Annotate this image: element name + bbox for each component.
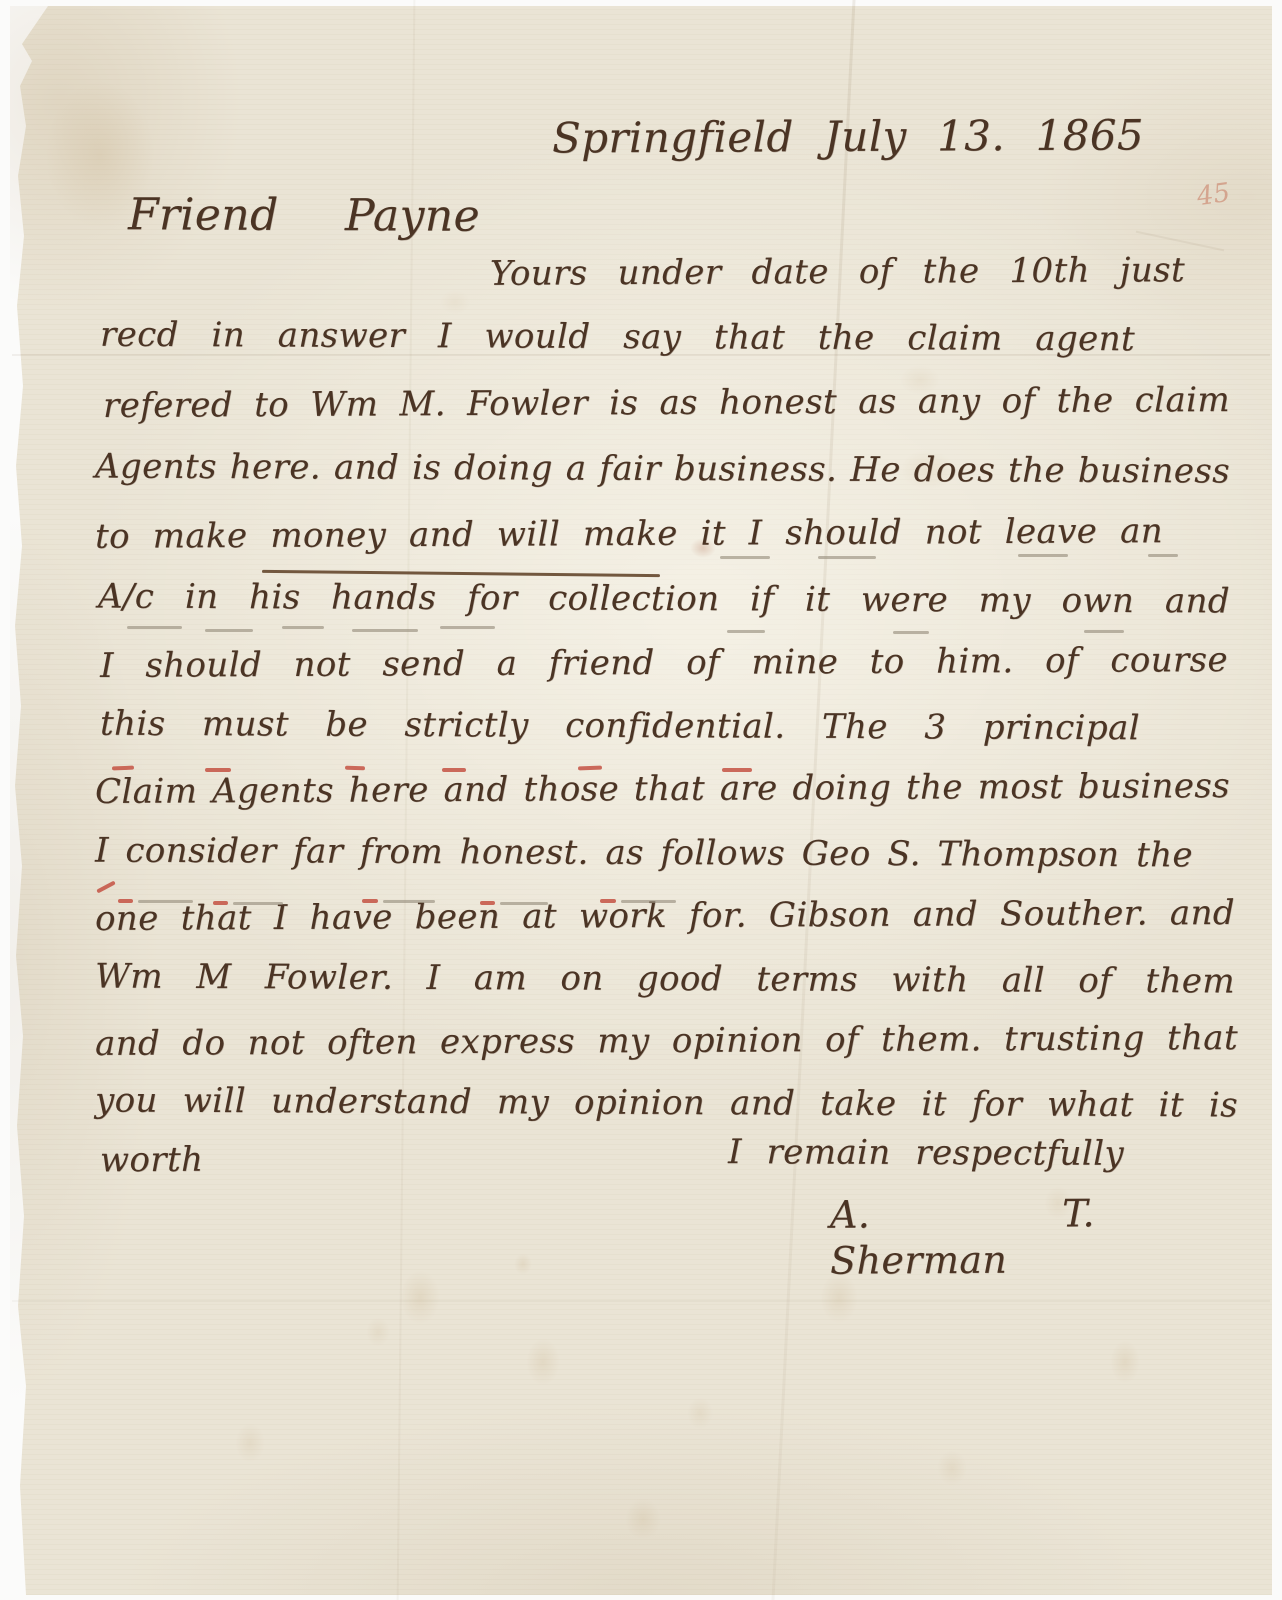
letter-line: and do not often express my opinion of t… — [95, 1018, 1238, 1065]
letter-line: I consider far from honest. as follows G… — [95, 831, 1193, 877]
pencil-underline — [1018, 554, 1068, 557]
letter-line: refered to Wm M. Fowler is as honest as … — [103, 380, 1230, 427]
salutation: Friend Payne — [128, 189, 480, 243]
pencil-underline — [138, 900, 193, 903]
red-underline-mark — [112, 766, 134, 771]
letter-line: Wm M Fowler. I am on good terms with all… — [95, 957, 1235, 1003]
red-underline-mark — [578, 766, 602, 771]
pencil-underline — [621, 900, 676, 903]
red-underline-mark — [362, 899, 378, 903]
pencil-underline — [383, 900, 435, 903]
pencil-underline — [500, 902, 548, 905]
letter-line: Yours under date of the 10th just — [490, 250, 1185, 294]
red-underline-mark — [442, 768, 466, 772]
red-underline-mark — [480, 901, 495, 905]
closing: I remain respectfully — [728, 1132, 1124, 1175]
letter-line: recd in answer I would say that the clai… — [100, 315, 1135, 360]
letter-line: Agents here. and is doing a fair busines… — [95, 447, 1230, 493]
red-underline-mark — [345, 766, 365, 771]
red-underline-mark — [213, 901, 228, 905]
red-underline-mark — [118, 899, 133, 903]
pencil-underline — [440, 626, 495, 629]
pencil-underline — [352, 629, 418, 632]
letter-line: A/c in his hands for collection if it we… — [98, 577, 1230, 623]
pencil-underline — [127, 626, 182, 629]
pencil-underline — [727, 630, 765, 633]
pencil-underline — [282, 626, 324, 629]
letter-line: Claim Agents here and those that are doi… — [95, 766, 1230, 813]
letter-line: you will understand my opinion and take … — [95, 1081, 1238, 1127]
letter-scan: Springfield July 13. 1865 Friend Payne Y… — [0, 0, 1282, 1600]
pencil-underline — [1084, 630, 1124, 633]
red-underline-mark — [205, 768, 231, 772]
red-underline-mark — [722, 768, 752, 772]
pencil-underline — [818, 556, 876, 559]
pencil-underline — [205, 629, 253, 632]
pencil-underline — [1148, 554, 1178, 557]
pencil-underline — [720, 556, 770, 559]
pencil-underline — [893, 631, 929, 634]
pencil-underline — [233, 902, 283, 905]
letter-line: this must be strictly confidential. The … — [100, 704, 1140, 749]
red-underline-mark — [600, 899, 616, 903]
letter-line: worth — [100, 1140, 230, 1181]
dateline: Springfield July 13. 1865 — [552, 110, 1144, 163]
letter-line: I should not send a friend of mine to hi… — [100, 640, 1228, 687]
signature: A. T. Sherman — [830, 1191, 1095, 1284]
corner-mark: 45 — [1195, 178, 1232, 212]
letter-line: to make money and will make it I should … — [95, 511, 1163, 557]
